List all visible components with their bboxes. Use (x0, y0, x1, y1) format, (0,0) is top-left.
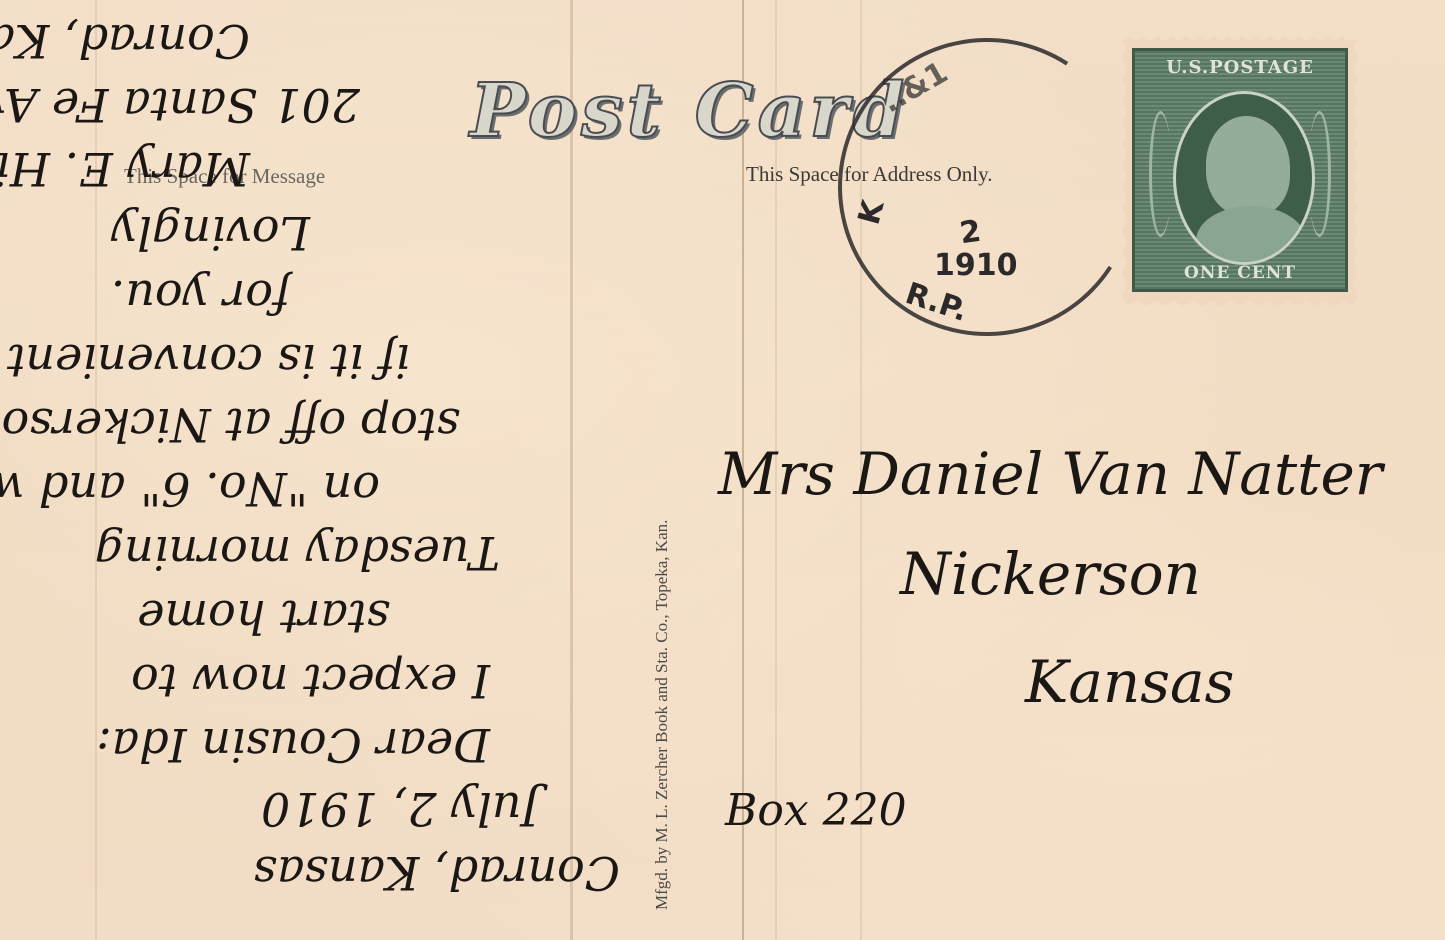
stamp-frame: U.S.POSTAGE ONE CENT (1132, 48, 1348, 292)
message-line: Lovingly (111, 206, 310, 260)
recipient-city: Nickerson (900, 540, 1201, 608)
postage-stamp: U.S.POSTAGE ONE CENT (1122, 36, 1358, 306)
message-line: I expect now to (131, 654, 490, 708)
message-line: start home (137, 590, 390, 644)
recipient-state: Kansas (1025, 648, 1234, 716)
postcard-back: Post Card This Space for Message This Sp… (0, 0, 1445, 940)
stamp-top-text: U.S.POSTAGE (1135, 57, 1345, 78)
manufacturer-imprint: Mfgd. by M. L. Zercher Book and Sta. Co.… (652, 520, 672, 910)
handwritten-message: Conrad, KansasJuly 2, 1910Dear Cousin Id… (0, 0, 640, 940)
recipient-name: Mrs Daniel Van Natter (718, 440, 1383, 508)
message-line: on "No. 6" and will (0, 462, 380, 516)
laurel-icon (1149, 111, 1172, 237)
message-line: for you. (111, 270, 290, 324)
message-line: Conrad, Kansas (253, 846, 620, 900)
message-line: Tuesday morning (95, 526, 500, 580)
message-line: 201 Santa Fe Ave (0, 78, 360, 132)
recipient-box: Box 220 (725, 785, 907, 836)
message-line: July 2, 1910 (261, 782, 540, 836)
message-line: Conrad, Kan. (0, 14, 250, 68)
postmark-year: 1910 (934, 248, 1018, 283)
message-line: Mary E. Hill (0, 142, 250, 196)
portrait-icon (1173, 91, 1315, 265)
message-line: Dear Cousin Ida: (96, 718, 490, 772)
postmark-circle (810, 10, 1163, 363)
stamp-denomination: ONE CENT (1135, 263, 1345, 283)
message-line: stop off at Nickerson (0, 398, 460, 452)
message-line: if it is convenient (7, 334, 410, 388)
